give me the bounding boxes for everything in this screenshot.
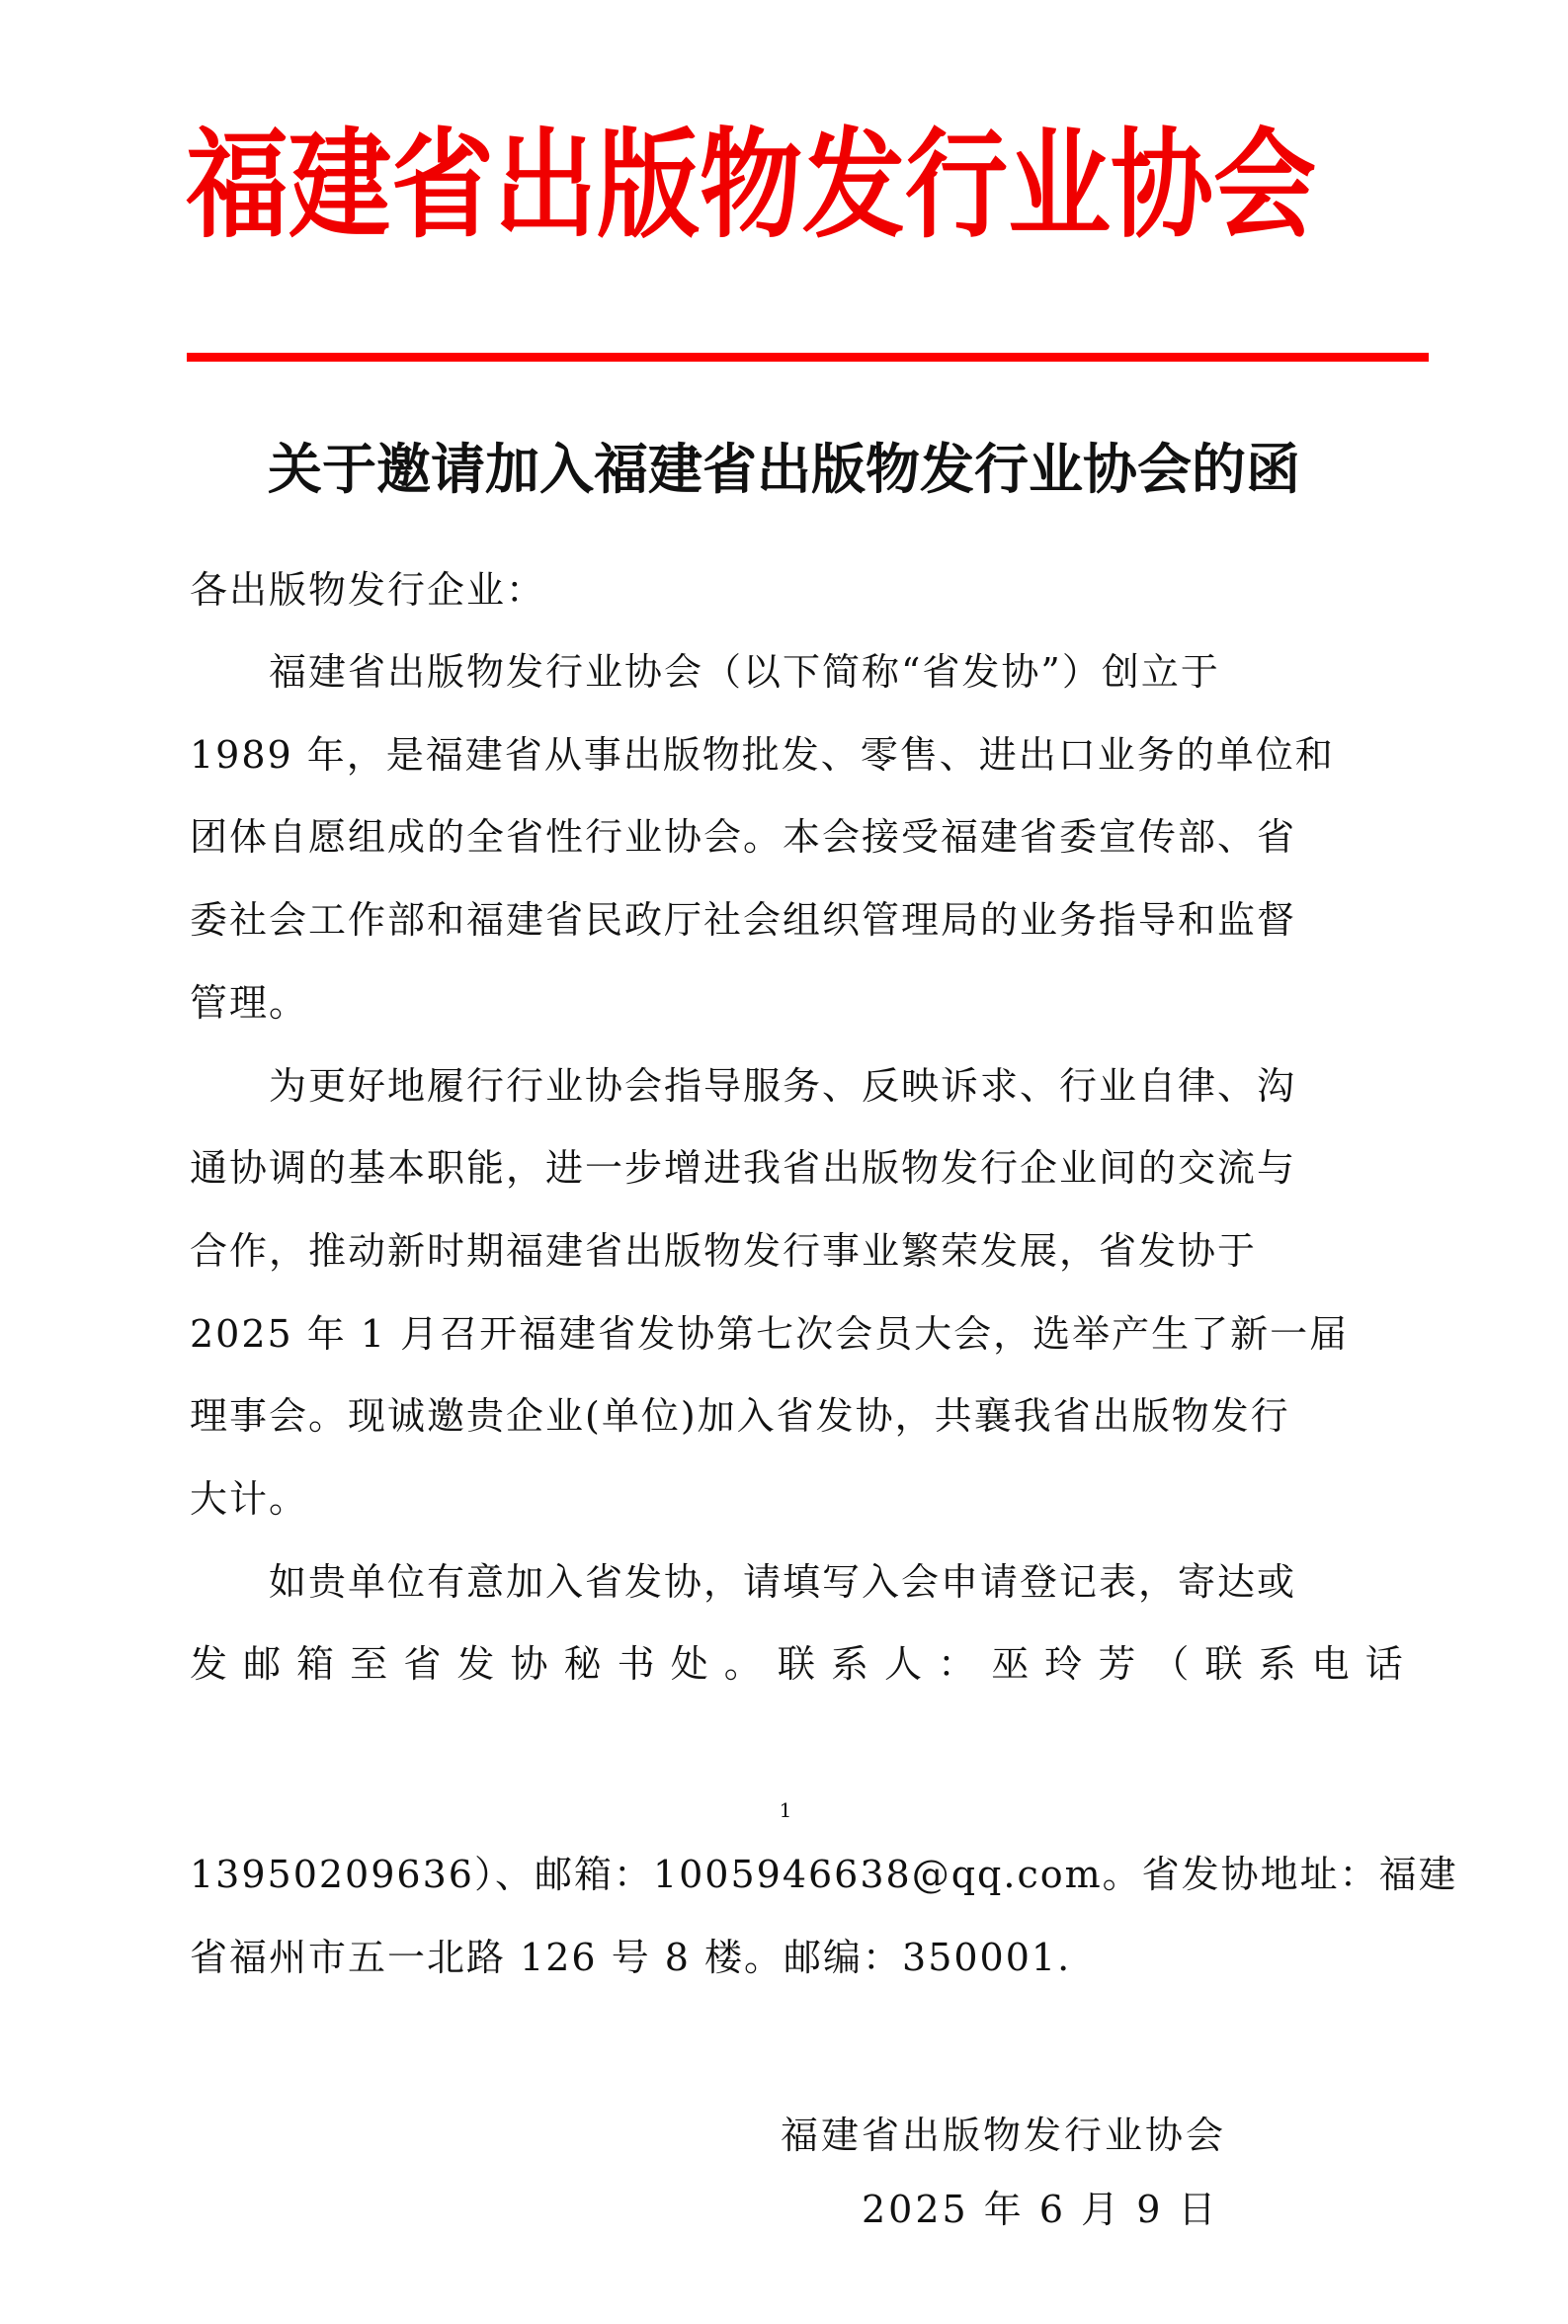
body-line: 委社会工作部和福建省民政厅社会组织管理局的业务指导和监督 (190, 878, 1296, 961)
body-line: 通协调的基本职能，进一步增进我省出版物发行企业间的交流与 (190, 1126, 1296, 1209)
page-number: 1 (771, 1798, 800, 1822)
body-line: 发 邮 箱 至 省 发 协 秘 书 处 。 联 系 人 ： 巫 玲 芳 （ 联 … (190, 1622, 1405, 1705)
body-line: 2025 年 1 月召开福建省发协第七次会员大会，选举产生了新一届 (190, 1292, 1349, 1375)
body-line: 大计。 (190, 1457, 308, 1540)
salutation: 各出版物发行企业： (190, 548, 1389, 631)
letterhead-red-rule (187, 353, 1429, 362)
body-line: 省福州市五一北路 126 号 8 楼。邮编：350001. (190, 1916, 1071, 1999)
body-line: 福建省出版物发行业协会（以下简称“省发协”）创立于 (190, 630, 1220, 713)
body-line: 1989 年，是福建省从事出版物批发、零售、进出口业务的单位和 (190, 713, 1335, 796)
body-line: 理事会。现诚邀贵企业(单位)加入省发协，共襄我省出版物发行 (190, 1374, 1290, 1457)
body-line: 为更好地履行行业协会指导服务、反映诉求、行业自律、沟 (190, 1044, 1296, 1127)
body-line: 团体自愿组成的全省性行业协会。本会接受福建省委宣传部、省 (190, 795, 1296, 878)
body-line: 如贵单位有意加入省发协，请填写入会申请登记表，寄达或 (190, 1540, 1296, 1623)
body-line: 13950209636）、邮箱：1005946638@qq.com。省发协地址：… (190, 1833, 1458, 1916)
continuation-paragraph: 13950209636）、邮箱：1005946638@qq.com。省发协地址：… (190, 1833, 1389, 2001)
signature-organization: 福建省出版物发行业协会 (781, 2105, 1226, 2159)
document-title: 关于邀请加入福建省出版物发行业协会的函 (0, 435, 1568, 504)
body-line: 管理。 (190, 961, 308, 1044)
body-line: 合作，推动新时期福建省出版物发行事业繁荣发展，省发协于 (190, 1209, 1257, 1292)
signature-date: 2025 年 6 月 9 日 (862, 2179, 1218, 2233)
letterhead-organization-name: 福建省出版物发行业协会 (186, 117, 1362, 253)
body-paragraphs: 福建省出版物发行业协会（以下简称“省发协”）创立于 1989 年，是福建省从事出… (190, 630, 1389, 1717)
